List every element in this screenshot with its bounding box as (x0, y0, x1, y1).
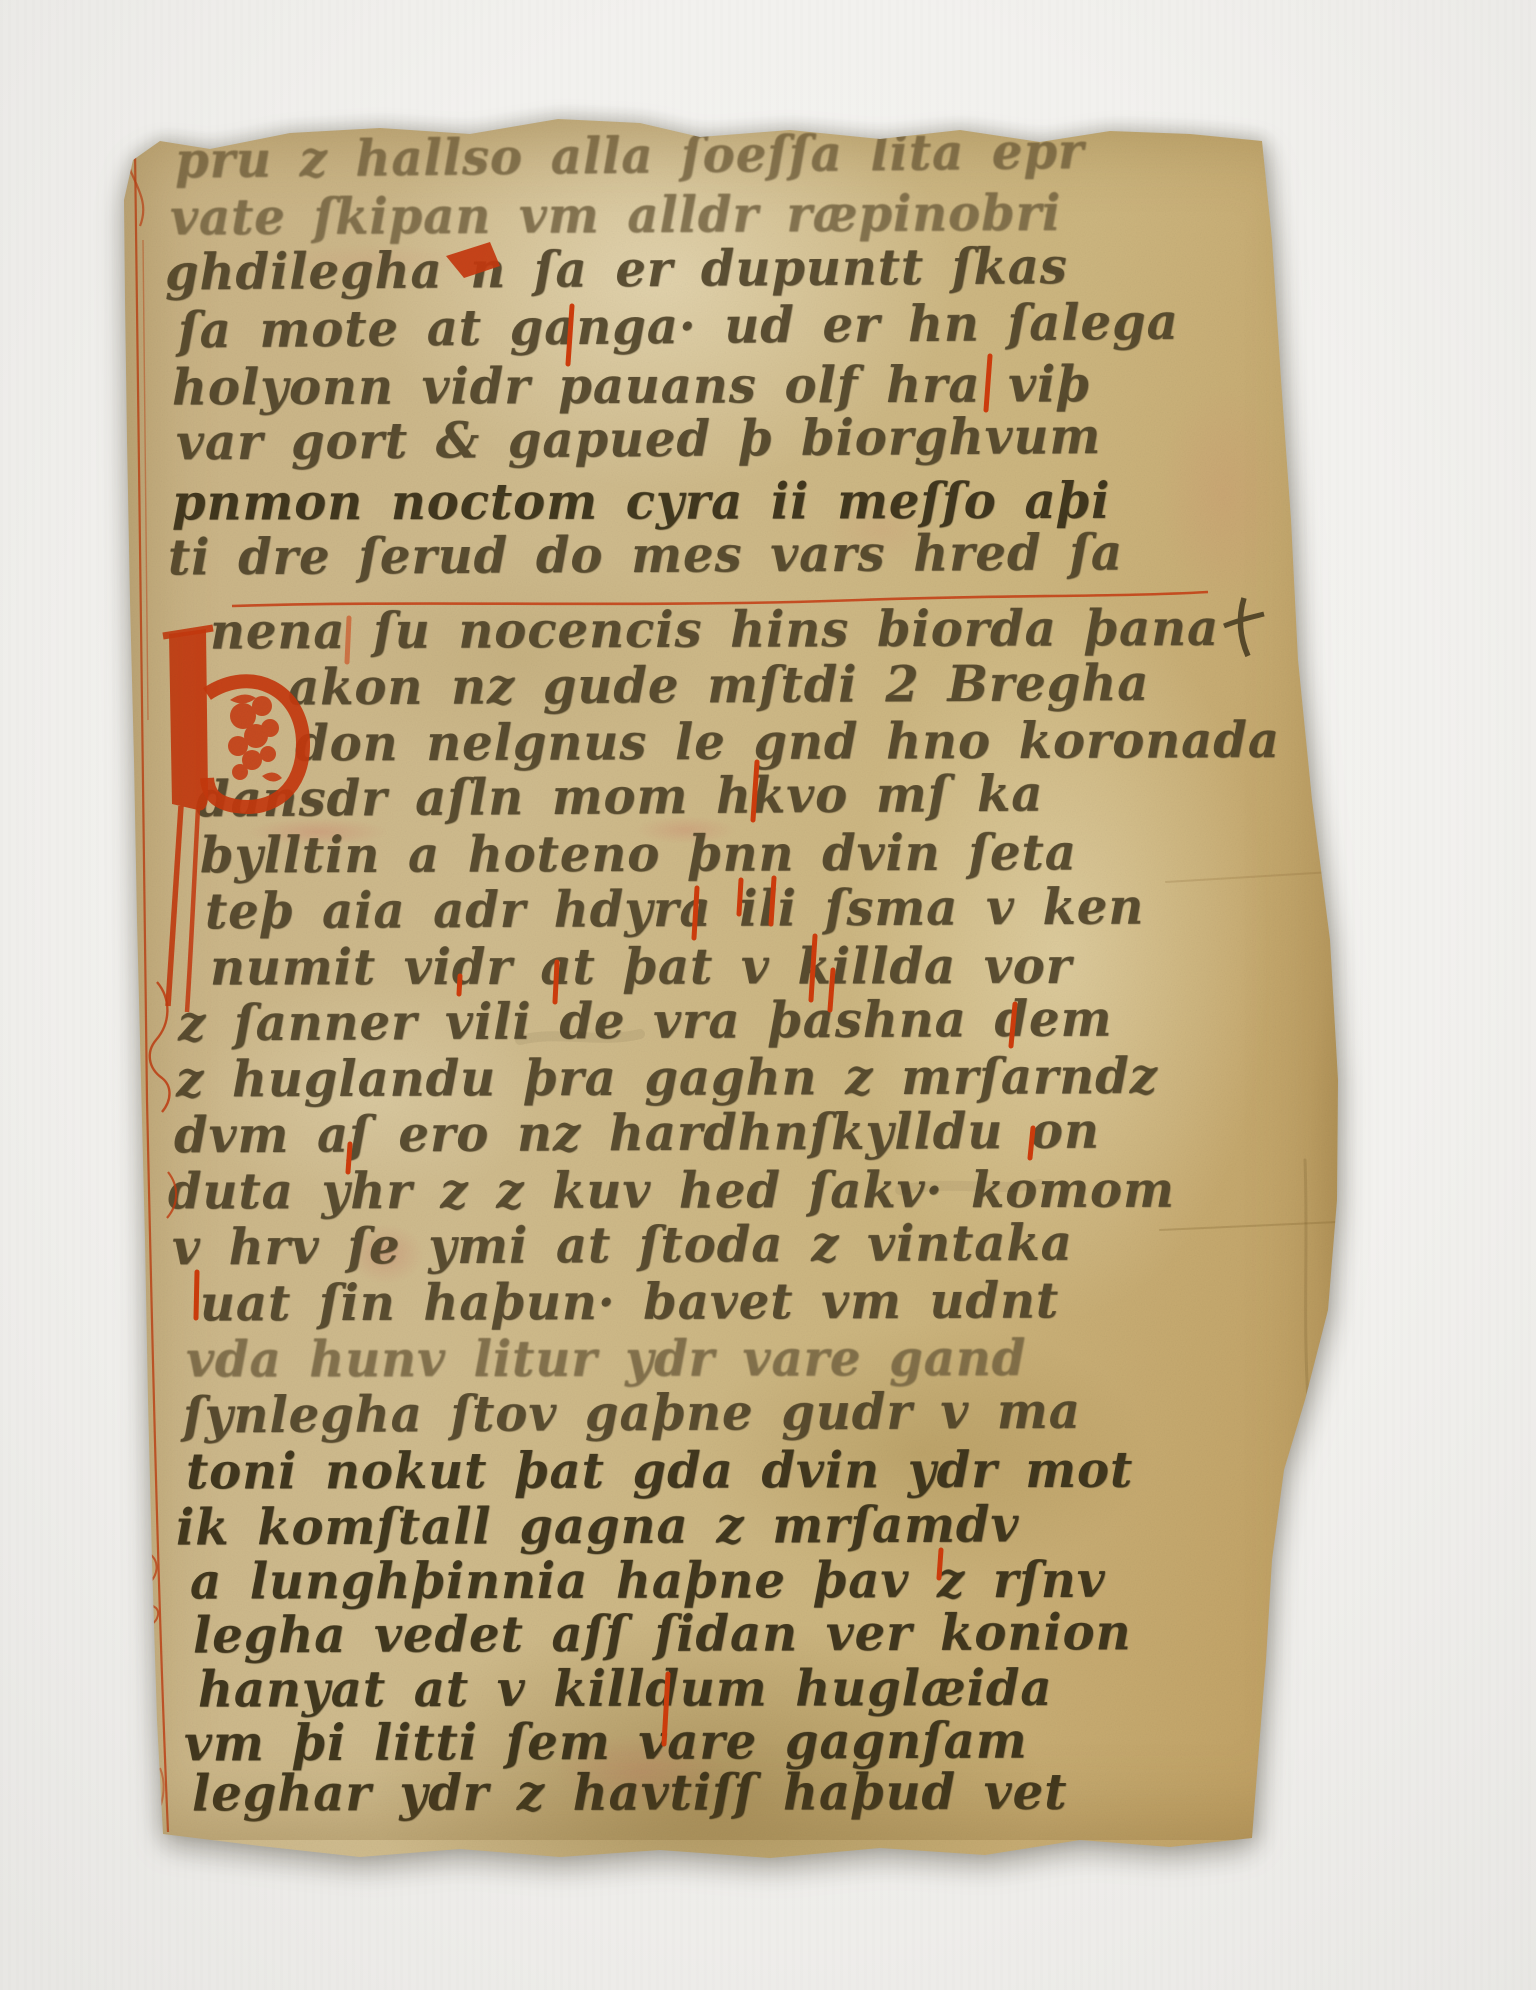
parchment-grain-texture (0, 0, 1536, 1990)
parchment-shadow: pru z hallso alla ſoeſſa lita epr vate ſ… (0, 0, 1536, 1990)
initial-letter-value: h (0, 0, 1, 1)
manuscript-photo: pru z hallso alla ſoeſſa lita epr vate ſ… (0, 0, 1536, 1990)
parchment-leaf: pru z hallso alla ſoeſſa lita epr vate ſ… (0, 0, 1536, 1990)
